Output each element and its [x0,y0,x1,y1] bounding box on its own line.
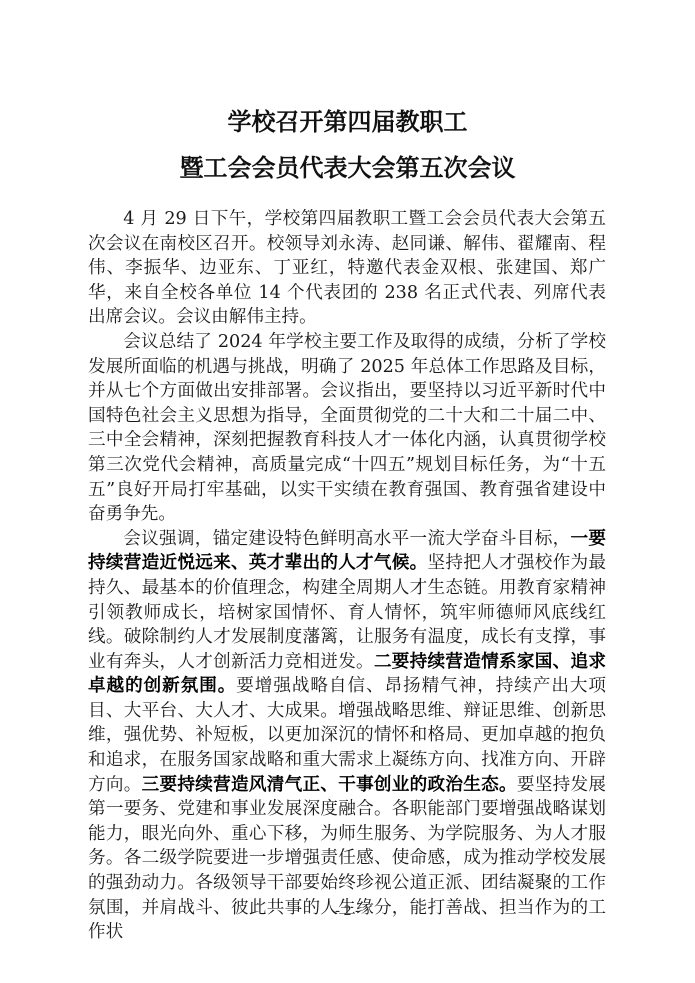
article-body: 4 月 29 日下午，学校第四届教职工暨工会会员代表大会第五次会议在南校区召开。… [88,207,606,945]
paragraph-text: 会议总结了 2024 年学校主要工作及取得的成绩，分析了学校发展所面临的机遇与挑… [88,332,606,524]
paragraph-2: 会议总结了 2024 年学校主要工作及取得的成绩，分析了学校发展所面临的机遇与挑… [88,330,606,527]
page-number: - 2 - [0,903,695,920]
emphasis-point-3: 三要持续营造风清气正、干事创业的政治生态。 [142,774,517,795]
article-title-line-2: 暨工会会员代表大会第五次会议 [0,148,695,183]
paragraph-1: 4 月 29 日下午，学校第四届教职工暨工会会员代表大会第五次会议在南校区召开。… [88,207,606,330]
paragraph-text: 4 月 29 日下午，学校第四届教职工暨工会会员代表大会第五次会议在南校区召开。… [88,209,606,327]
paragraph-text: 会议强调，锚定建设特色鲜明高水平一流大学奋斗目标， [123,529,570,549]
document-page: 学校召开第四届教职工 暨工会会员代表大会第五次会议 4 月 29 日下午，学校第… [0,0,695,983]
article-title-line-1: 学校召开第四届教职工 [0,102,695,137]
paragraph-3: 会议强调，锚定建设特色鲜明高水平一流大学奋斗目标，一要持续营造近悦远来、英才辈出… [88,527,606,945]
